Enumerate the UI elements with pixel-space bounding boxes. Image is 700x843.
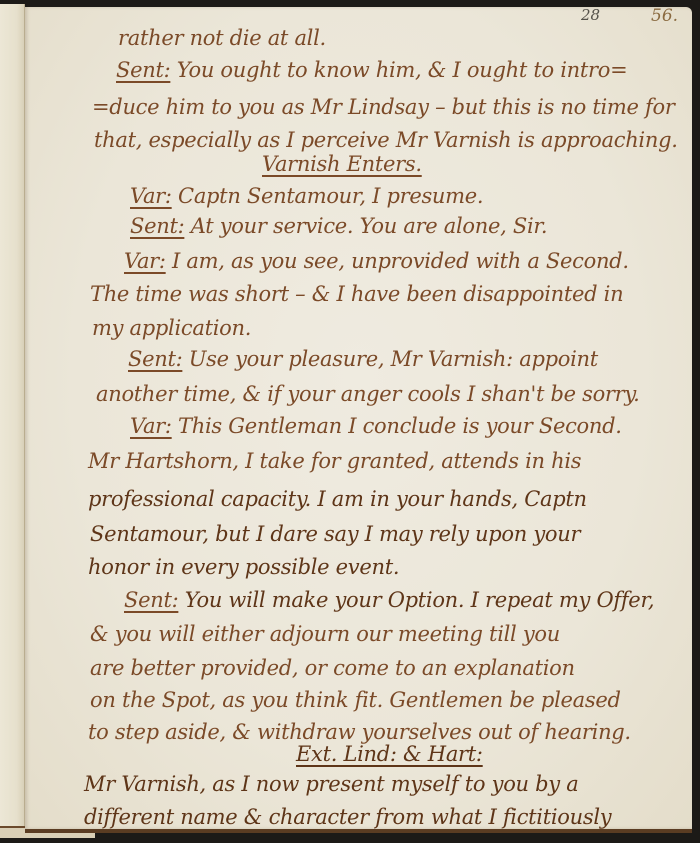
text-line: my application. [92, 316, 251, 340]
text-line: another time, & if your anger cools I sh… [96, 382, 640, 406]
manuscript-scan: 28 56. rather not die at all. Sent: You … [0, 0, 700, 843]
text-line: Mr Hartshorn, I take for granted, attend… [88, 449, 581, 473]
text-line: different name & character from what I f… [84, 805, 611, 829]
dialogue-line: Sent: You will make your Option. I repea… [124, 588, 654, 612]
folio-number-pencil: 28 [581, 6, 600, 24]
dialogue-line: Sent: At your service. You are alone, Si… [130, 214, 547, 238]
speaker-label: Var: [130, 414, 172, 438]
text-line: that, especially as I perceive Mr Varnis… [94, 128, 678, 152]
text-line: on the Spot, as you think fit. Gentlemen… [90, 688, 621, 712]
dialogue-line: Var: Captn Sentamour, I presume. [130, 184, 483, 208]
page-number-ink: 56. [651, 6, 678, 26]
speaker-label: Sent: [130, 214, 184, 238]
text-line: Sentamour, but I dare say I may rely upo… [90, 522, 580, 546]
stage-direction: Varnish Enters. [262, 152, 422, 176]
text-line: are better provided, or come to an expla… [90, 656, 575, 680]
speaker-label: Var: [130, 184, 172, 208]
text-line: rather not die at all. [118, 26, 326, 50]
speaker-label: Var: [124, 249, 166, 273]
speaker-label: Sent: [124, 588, 178, 612]
text-line: honor in every possible event. [88, 555, 399, 579]
dialogue-line: Var: I am, as you see, unprovided with a… [124, 249, 629, 273]
text-line: =duce him to you as Mr Lindsay – but thi… [92, 95, 675, 119]
text-line: & you will either adjourn our meeting ti… [90, 622, 560, 646]
text-line: to step aside, & withdraw yourselves out… [88, 720, 631, 744]
speaker-label: Sent: [128, 347, 182, 371]
dialogue-line: Sent: You ought to know him, & I ought t… [116, 58, 627, 82]
dialogue-line: Sent: Use your pleasure, Mr Varnish: app… [128, 347, 598, 371]
stage-direction: Ext. Lind: & Hart: [296, 742, 483, 766]
speaker-label: Sent: [116, 58, 170, 82]
dialogue-line: Var: This Gentleman I conclude is your S… [130, 414, 622, 438]
page-bottom-edge [25, 829, 692, 833]
facing-page-gutter [0, 4, 25, 826]
text-line: Mr Varnish, as I now present myself to y… [84, 772, 578, 796]
text-line: The time was short – & I have been disap… [90, 282, 623, 306]
text-line: professional capacity. I am in your hand… [88, 487, 587, 511]
